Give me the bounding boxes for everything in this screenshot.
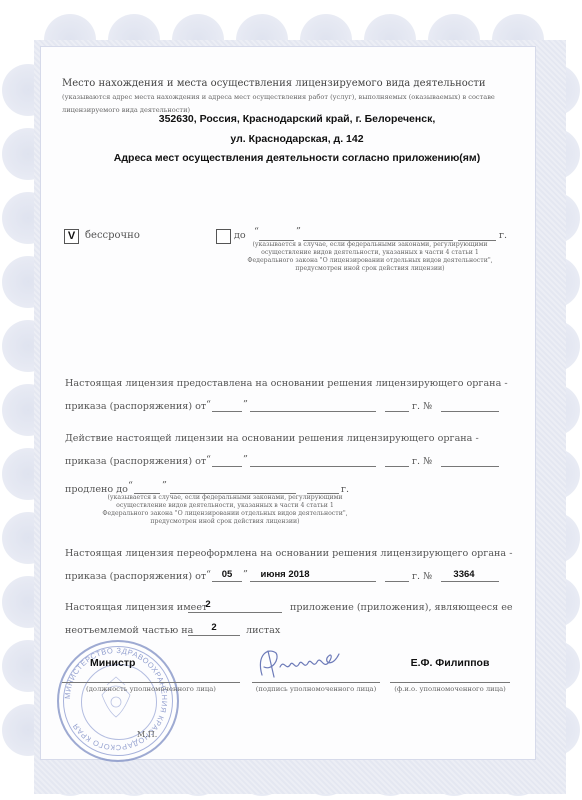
reissued-day-value: 05 (212, 569, 242, 580)
granted-number-field[interactable] (441, 411, 499, 412)
position-field[interactable] (62, 682, 240, 683)
reissued-number-value: 3364 (441, 569, 487, 580)
granted-day-field[interactable] (212, 411, 242, 412)
granted-line-2-prefix: приказа (распоряжения) от (65, 401, 206, 412)
extension-number-field[interactable] (441, 466, 499, 467)
reissued-number-label: г. № (412, 571, 432, 582)
sheet-count-field[interactable] (188, 635, 240, 636)
annex-line-1-prefix: Настоящая лицензия имеет (65, 602, 207, 613)
position-caption: (должность уполномоченного лица) (62, 685, 240, 693)
reissued-line-2-prefix: приказа (распоряжения) от (65, 571, 206, 582)
annex-count-field[interactable] (188, 612, 282, 613)
annex-line-2-suffix: листах (246, 625, 280, 636)
until-label: до (234, 230, 246, 241)
reissued-month-field[interactable] (250, 581, 376, 582)
seal-label: М.П. (137, 730, 157, 739)
address-line-1: 352630, Россия, Краснодарский край, г. Б… (62, 113, 532, 125)
extension-note: (указывается в случае, если федеральными… (100, 494, 350, 526)
granted-open-quote: “ (206, 399, 211, 410)
granted-line-1: Настоящая лицензия предоставлена на осно… (65, 378, 508, 389)
extension-line-1: Действие настоящей лицензии на основании… (65, 433, 479, 444)
extended-close-quote: ” (162, 480, 167, 491)
until-year-suffix: г. (499, 230, 507, 241)
extension-month-field[interactable] (250, 466, 376, 467)
reissued-close-quote: ” (243, 569, 248, 580)
address-line-2: ул. Краснодарская, д. 142 (62, 133, 532, 145)
granted-number-label: г. № (412, 401, 432, 412)
reissued-month-value: июня 2018 (250, 569, 320, 580)
extension-line-2-prefix: приказа (распоряжения) от (65, 456, 206, 467)
seal-inner-ring (81, 664, 157, 740)
reissued-year-field[interactable] (385, 581, 409, 582)
granted-close-quote: ” (243, 399, 248, 410)
granted-year-field[interactable] (385, 411, 409, 412)
close-quote: ” (296, 226, 301, 237)
annex-count-value: 2 (188, 599, 228, 610)
location-heading: Место нахождения и места осуществления л… (62, 78, 486, 89)
reissued-line-1: Настоящая лицензия переоформлена на осно… (65, 548, 512, 559)
location-heading-block: Место нахождения и места осуществления л… (62, 76, 532, 115)
address-line-3: Адреса мест осуществления деятельности с… (62, 152, 532, 164)
signature-field[interactable] (252, 682, 380, 683)
reissued-open-quote: “ (206, 569, 211, 580)
until-checkbox[interactable] (216, 229, 231, 244)
annex-line-2-prefix: неотъемлемой частью на (65, 625, 193, 636)
extension-close-quote: ” (243, 454, 248, 465)
extension-open-quote: “ (206, 454, 211, 465)
term-note: (указывается в случае, если федеральными… (240, 241, 500, 273)
indefinite-label: бессрочно (85, 230, 140, 241)
extension-day-field[interactable] (212, 466, 242, 467)
position-value: Министр (90, 657, 135, 669)
name-caption: (ф.и.о. уполномоченного лица) (390, 685, 510, 693)
location-heading-note: (указываются адрес места нахождения и ад… (62, 93, 495, 114)
signature-icon (250, 645, 360, 681)
extension-number-label: г. № (412, 456, 432, 467)
name-value: Е.Ф. Филиппов (390, 657, 510, 669)
granted-month-field[interactable] (250, 411, 376, 412)
extended-open-quote: “ (128, 480, 133, 491)
extension-year-field[interactable] (385, 466, 409, 467)
annex-line-1-suffix: приложение (приложения), являющееся ее (290, 602, 513, 613)
open-quote: “ (254, 226, 259, 237)
indefinite-checkbox[interactable]: V (64, 229, 79, 244)
sheet-count-value: 2 (188, 622, 240, 633)
name-field[interactable] (390, 682, 510, 683)
signature-caption: (подпись уполномоченного лица) (252, 685, 380, 693)
reissued-number-field[interactable] (441, 581, 499, 582)
reissued-day-field[interactable] (212, 581, 242, 582)
